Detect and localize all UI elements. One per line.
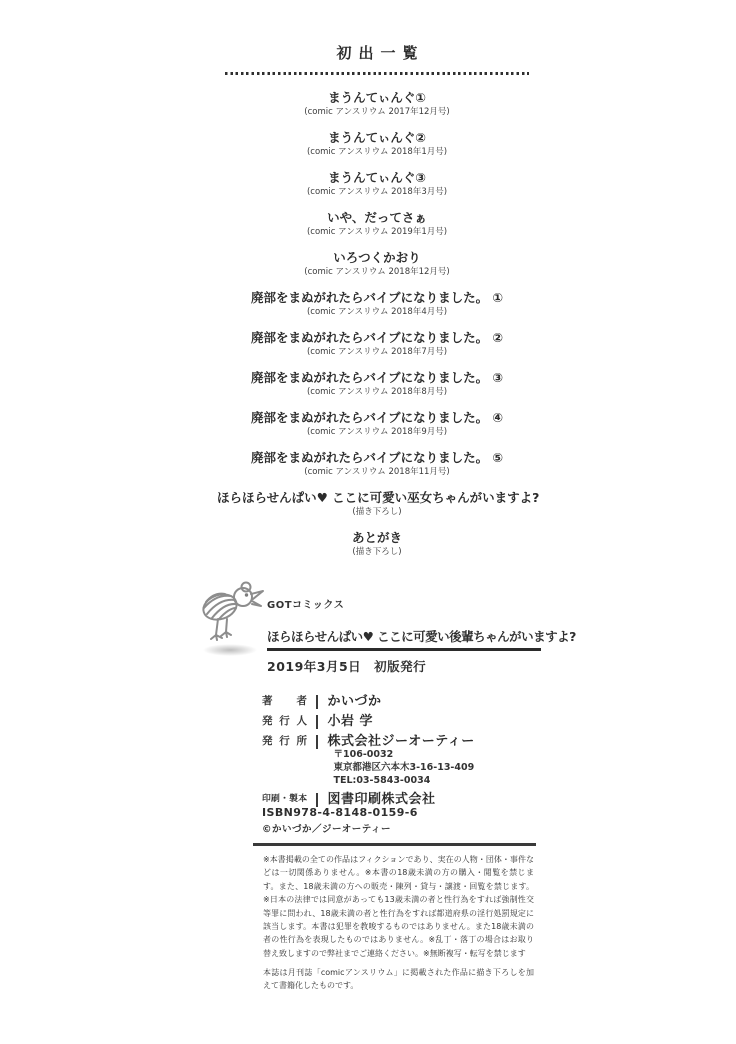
entry-title: 廃部をまぬがれたらバイブになりました。 ⑤ — [217, 449, 537, 466]
credit-row: 発行所株式会社ジーオーティー〒106-0032東京都港区六本木3-16-13-4… — [262, 734, 552, 787]
entry-title: まうんてぃんぐ② — [217, 129, 537, 146]
first-publication-section: 初出一覧 まうんてぃんぐ①(comic アンスリウム 2017年12月号)まうん… — [217, 42, 537, 569]
entry-title: 廃部をまぬがれたらバイブになりました。 ① — [217, 289, 537, 306]
entry-title: まうんてぃんぐ③ — [217, 169, 537, 186]
credit-row: 発行人小岩 学 — [262, 714, 552, 729]
credit-label: 発行人 — [262, 714, 307, 729]
entry-title: 廃部をまぬがれたらバイブになりました。 ② — [217, 329, 537, 346]
publication-entry: ほらほらせんぱい♥ ここに可愛い巫女ちゃんがいますよ?(描き下ろし) — [217, 489, 537, 518]
publication-entry: 廃部をまぬがれたらバイブになりました。 ②(comic アンスリウム 2018年… — [217, 329, 537, 358]
credit-divider — [316, 715, 318, 729]
entry-title: 廃部をまぬがれたらバイブになりました。 ④ — [217, 409, 537, 426]
entry-source: (comic アンスリウム 2018年11月号) — [217, 466, 537, 478]
publication-entry: 廃部をまぬがれたらバイブになりました。 ④(comic アンスリウム 2018年… — [217, 409, 537, 438]
bird-doodle-icon — [196, 579, 268, 647]
publication-entry: まうんてぃんぐ②(comic アンスリウム 2018年1月号) — [217, 129, 537, 158]
credit-sub-line: 〒106-0032 — [334, 749, 475, 762]
edition-date: 2019年3月5日 初版発行 — [267, 657, 426, 675]
entry-title: まうんてぃんぐ① — [217, 89, 537, 106]
entry-source: (comic アンスリウム 2018年9月号) — [217, 426, 537, 438]
copyright-line: ©かいづか／ジーオーティー — [262, 821, 391, 835]
credit-divider — [316, 695, 318, 709]
horizontal-rule — [253, 843, 536, 846]
publication-entry: あとがき(描き下ろし) — [217, 529, 537, 558]
entry-source: (comic アンスリウム 2017年12月号) — [217, 106, 537, 118]
publication-entries: まうんてぃんぐ①(comic アンスリウム 2017年12月号)まうんてぃんぐ②… — [217, 89, 537, 558]
entry-source: (comic アンスリウム 2018年4月号) — [217, 306, 537, 318]
credit-divider — [316, 735, 318, 749]
credit-value-block: 株式会社ジーオーティー〒106-0032東京都港区六本木3-16-13-409T… — [328, 734, 475, 787]
credit-label: 発行所 — [262, 734, 307, 749]
book-colophon-page: 初出一覧 まうんてぃんぐ①(comic アンスリウム 2017年12月号)まうん… — [0, 0, 736, 1044]
credits-table: 著者かいづか発行人小岩 学発行所株式会社ジーオーティー〒106-0032東京都港… — [262, 694, 552, 812]
entry-title: 廃部をまぬがれたらバイブになりました。 ③ — [217, 369, 537, 386]
entry-title: ほらほらせんぱい♥ ここに可愛い巫女ちゃんがいますよ? — [217, 489, 537, 506]
dotted-divider — [225, 72, 529, 75]
book-title: ほらほらせんぱい♥ ここに可愛い後輩ちゃんがいますよ? — [267, 628, 541, 651]
entry-source: (comic アンスリウム 2018年12月号) — [217, 266, 537, 278]
credit-value: 株式会社ジーオーティー — [328, 734, 475, 749]
credit-value: かいづか — [328, 694, 382, 709]
publication-entry: 廃部をまぬがれたらバイブになりました。 ①(comic アンスリウム 2018年… — [217, 289, 537, 318]
publication-entry: 廃部をまぬがれたらバイブになりました。 ⑤(comic アンスリウム 2018年… — [217, 449, 537, 478]
serialization-note: 本誌は月刊誌「comicアンスリウム」に掲載された作品に描き下ろしを加えて書籍化… — [263, 966, 534, 993]
credit-sub-line: TEL:03-5843-0034 — [334, 775, 475, 788]
page-title: 初出一覧 — [217, 42, 537, 63]
entry-source: (描き下ろし) — [217, 506, 537, 518]
credit-row: 著者かいづか — [262, 694, 552, 709]
entry-source: (comic アンスリウム 2018年7月号) — [217, 346, 537, 358]
legal-disclaimer: ※本書掲載の全ての作品はフィクションであり、実在の人物・団体・事件などは一切関係… — [263, 853, 534, 960]
publication-entry: いや、だってさぁ(comic アンスリウム 2019年1月号) — [217, 209, 537, 238]
publication-entry: まうんてぃんぐ③(comic アンスリウム 2018年3月号) — [217, 169, 537, 198]
credit-label: 著者 — [262, 694, 307, 709]
publication-entry: いろつくかおり(comic アンスリウム 2018年12月号) — [217, 249, 537, 278]
entry-title: いろつくかおり — [217, 249, 537, 266]
entry-source: (comic アンスリウム 2018年3月号) — [217, 186, 537, 198]
publication-entry: 廃部をまぬがれたらバイブになりました。 ③(comic アンスリウム 2018年… — [217, 369, 537, 398]
bird-shadow — [203, 644, 257, 656]
credit-sub-line: 東京都港区六本木3-16-13-409 — [334, 762, 475, 775]
entry-source: (comic アンスリウム 2019年1月号) — [217, 226, 537, 238]
entry-source: (comic アンスリウム 2018年1月号) — [217, 146, 537, 158]
entry-title: あとがき — [217, 529, 537, 546]
entry-title: いや、だってさぁ — [217, 209, 537, 226]
publication-entry: まうんてぃんぐ①(comic アンスリウム 2017年12月号) — [217, 89, 537, 118]
credit-value-block: かいづか — [328, 694, 382, 709]
entry-source: (描き下ろし) — [217, 546, 537, 558]
imprint-label: GOTコミックス — [267, 596, 344, 611]
isbn-number: ISBN978-4-8148-0159-6 — [262, 806, 418, 819]
credit-value-block: 小岩 学 — [328, 714, 374, 729]
entry-source: (comic アンスリウム 2018年8月号) — [217, 386, 537, 398]
credit-value: 小岩 学 — [328, 714, 374, 729]
